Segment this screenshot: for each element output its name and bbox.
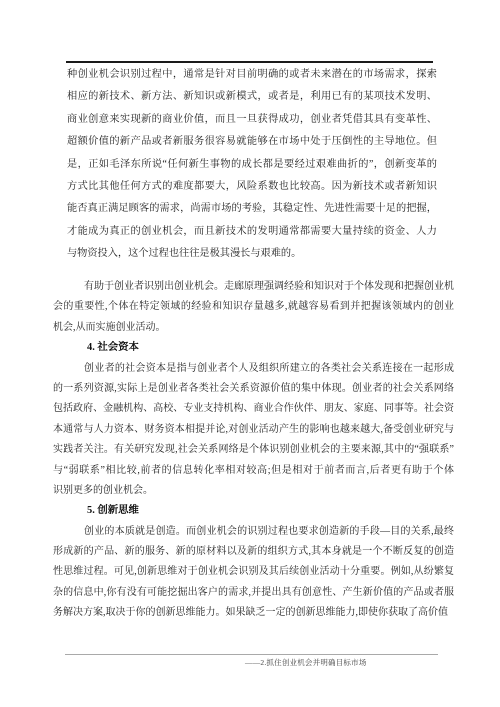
text-line: 机会,从而实施创业活动。 [53,318,454,338]
text-line: 有助于创业者识别出创业机会。走廊原理强调经验和知识对于个体发现和把握创业机 [53,277,454,297]
text-line: 相应的新技术、新方法、新知识或新模式，或者是，利用已有的某项技术发明、 [67,86,437,108]
text-line: 识别更多的创业机会。 [53,481,454,501]
section-heading: 4. 社会资本 [53,338,454,358]
text-line: 与“弱联系”相比较,前者的信息转化率相对较高;但是相对于前者而言,后者更有助于个… [53,461,454,481]
text-line: 能否真正满足顾客的需求，尚需市场的考验，其稳定性、先进性需要十足的把握， [67,198,437,220]
text-line: 杂的信息中,你有没有可能挖掘出客户的需求,并提出具有创意性、产生新价值的产品或者… [53,583,454,603]
text-line: 的一系列资源,实际上是创业者各类社会关系资源价值的集中体现。创业者的社会关系网络 [53,379,454,399]
text-line: 创业的本质就是创造。而创业机会的识别过程也要求创造新的手段—目的关系,最终 [53,522,454,542]
text-line: 包括政府、金融机构、高校、专业支持机构、商业合作伙伴、朋友、家庭、同事等。社会资 [53,399,454,419]
footer-caption: ——2.抓住创业机会并明确目标市场 [245,657,367,668]
text-line: 创业者的社会资本是指与创业者个人及组织所建立的各类社会关系连接在一起形成 [53,359,454,379]
header-rule [66,61,433,63]
footer-rule [65,654,438,655]
text-line: 形成新的产品、新的服务、新的原材料以及新的组织方式,其本身就是一个不断反复的创造 [53,542,454,562]
text-line: 务解决方案,取决于你的创新思维能力。如果缺乏一定的创新思维能力,即使你获取了高价… [53,603,454,623]
text-line: 本通常与人力资本、财务资本相提并论,对创业活动产生的影响也越来越大,备受创业研究… [53,420,454,440]
paragraph-continuation-block: 种创业机会识别过程中，通常是针对目前明确的或者未来潜在的市场需求，探索相应的新技… [67,64,437,266]
page-body-block: 有助于创业者识别出创业机会。走廊原理强调经验和知识对于个体发现和把握创业机会的重… [53,277,454,624]
text-line: 与物资投入，这个过程也往往是极其漫长与艰难的。 [67,243,437,265]
text-line: 实践者关注。有关研究发现,社会关系网络是个体识别创业机会的主要来源,其中的“强联… [53,440,454,460]
text-line: 超额价值的新产品或者新服务很容易就能够在市场中处于压倒性的主导地位。但 [67,131,437,153]
text-line: 会的重要性,个体在特定领域的经验和知识存量越多,就越容易看到并把握该领域内的创业 [53,297,454,317]
text-line: 是，正如毛泽东所说“任何新生事物的成长都是要经过艰难曲折的”，创新变革的 [67,154,437,176]
text-line: 才能成为真正的创业机会，而且新技术的发明通常都需要大量持续的资金、人力 [67,221,437,243]
section-heading: 5. 创新思维 [53,501,454,521]
text-line: 商业创意来实现新的商业价值，而且一旦获得成功，创业者凭借其具有变革性、 [67,109,437,131]
document-page: 种创业机会识别过程中，通常是针对目前明确的或者未来潜在的市场需求，探索相应的新技… [0,0,500,707]
text-line: 方式比其他任何方式的难度都要大，风险系数也比较高。因为新技术或者新知识 [67,176,437,198]
text-line: 种创业机会识别过程中，通常是针对目前明确的或者未来潜在的市场需求，探索 [67,64,437,86]
text-line: 性思维过程。可见,创新思维对于创业机会识别及其后续创业活动十分重要。例如,从纷繁… [53,562,454,582]
